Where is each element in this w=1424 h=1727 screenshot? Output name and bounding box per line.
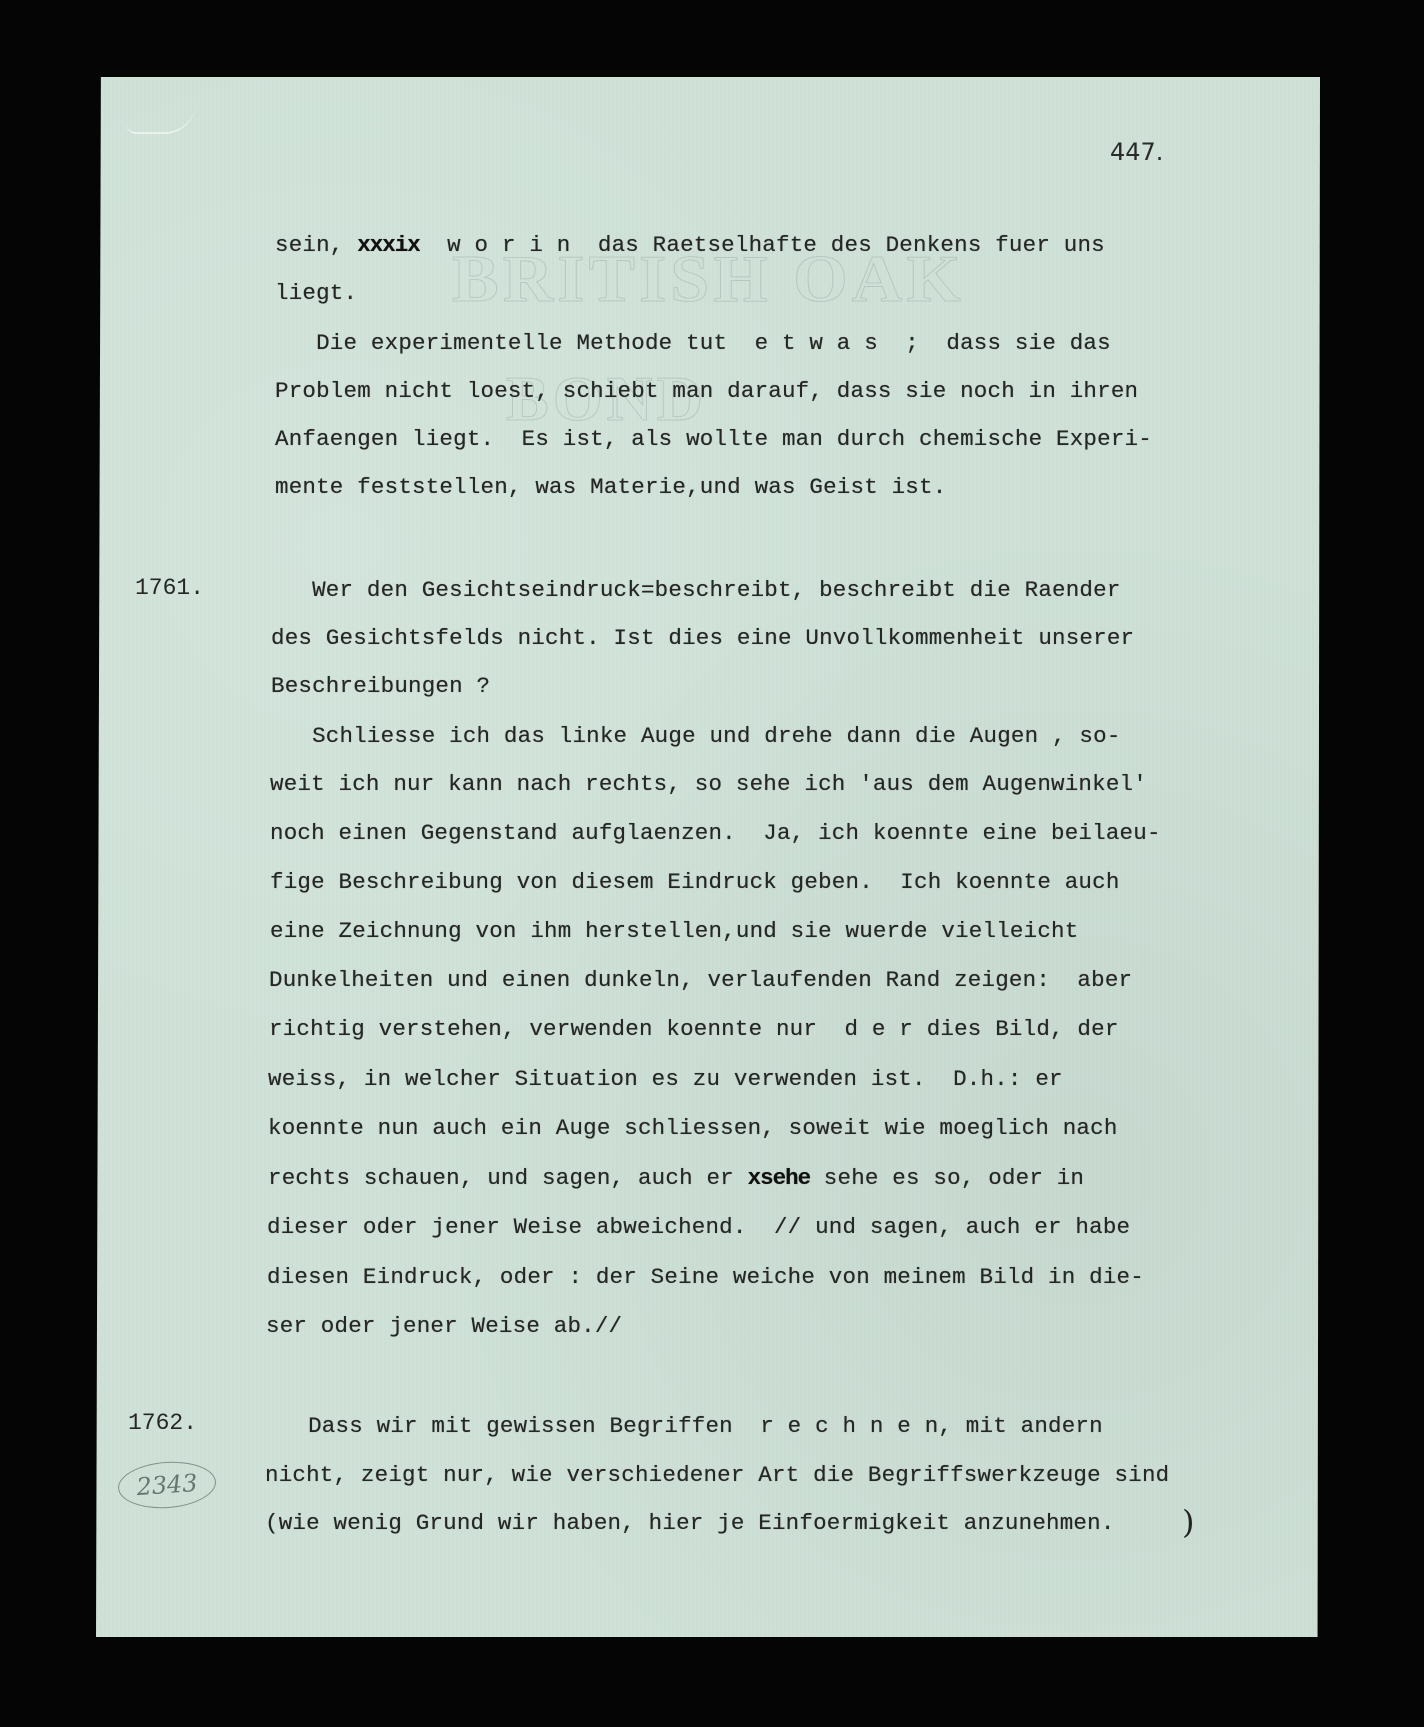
- text-line: Beschreibungen ?: [271, 673, 490, 699]
- text-line: Wer den Gesichtseindruck=beschreibt, bes…: [271, 577, 1121, 603]
- text-line: koennte nun auch ein Auge schliessen, so…: [268, 1115, 1118, 1141]
- text-line: nicht, zeigt nur, wie verschiedener Art …: [265, 1462, 1169, 1488]
- text-line: Dunkelheiten und einen dunkeln, verlaufe…: [269, 967, 1132, 993]
- paper-crease: [126, 102, 196, 134]
- text-line: rechts schauen, und sagen, auch er xsehe…: [268, 1165, 1084, 1191]
- text-line: richtig verstehen, verwenden koennte nur…: [269, 1016, 1119, 1042]
- text-line: weiss, in welcher Situation es zu verwen…: [268, 1066, 1063, 1092]
- typescript-page: [96, 77, 1320, 1637]
- text-line: Die experimentelle Methode tut e t w a s…: [275, 330, 1111, 356]
- page-number: 447.: [1110, 138, 1163, 166]
- text-line: sein, xxxix w o r i n das Raetselhafte d…: [275, 232, 1105, 258]
- struck-out-text: xxxix: [357, 232, 420, 258]
- text-line: Anfaengen liegt. Es ist, als wollte man …: [275, 426, 1152, 452]
- text-segment: sehe es so, oder in: [810, 1165, 1084, 1191]
- text-line: Schliesse ich das linke Auge und drehe d…: [271, 723, 1121, 749]
- text-line: (wie wenig Grund wir haben, hier je Einf…: [265, 1510, 1115, 1536]
- text-line: Dass wir mit gewissen Begriffen r e c h …: [267, 1413, 1103, 1439]
- text-line: noch einen Gegenstand aufglaenzen. Ja, i…: [270, 820, 1161, 846]
- text-segment: w o r i n das Raetselhafte des Denkens f…: [420, 232, 1105, 258]
- text-line: ser oder jener Weise ab.//: [266, 1313, 622, 1339]
- text-segment: sein,: [275, 232, 357, 258]
- text-line: Problem nicht loest, schiebt man darauf,…: [275, 378, 1138, 404]
- text-segment: rechts schauen, und sagen, auch er: [268, 1165, 748, 1191]
- text-line: mente feststellen, was Materie,und was G…: [275, 474, 946, 500]
- text-line: des Gesichtsfelds nicht. Ist dies eine U…: [271, 625, 1134, 651]
- remark-number-1762: 1762.: [128, 1410, 197, 1436]
- text-line: fige Beschreibung von diesem Eindruck ge…: [270, 869, 1120, 895]
- remark-number-1761: 1761.: [135, 575, 204, 601]
- text-line: diesen Eindruck, oder : der Seine weiche…: [267, 1264, 1144, 1290]
- text-line: eine Zeichnung von ihm herstellen,und si…: [270, 918, 1078, 944]
- handwritten-closing-bracket: ): [1182, 1503, 1194, 1541]
- text-line: weit ich nur kann nach rechts, so sehe i…: [270, 771, 1147, 797]
- struck-out-text: xsehe: [748, 1165, 811, 1191]
- text-line: dieser oder jener Weise abweichend. // u…: [267, 1214, 1130, 1240]
- text-line: liegt.: [275, 280, 357, 306]
